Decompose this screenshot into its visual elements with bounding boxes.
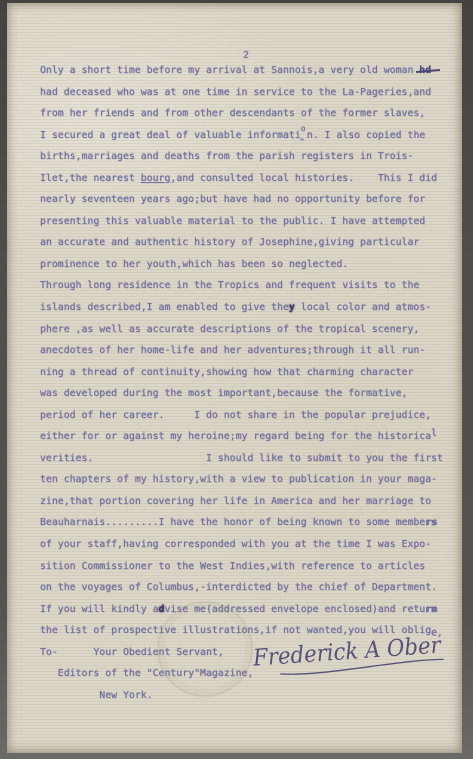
text-line: I secured a great deal of valuable infor… <box>40 125 458 147</box>
text-line: prominence to her youth,which has been s… <box>40 254 458 276</box>
text-segment: sition Commissioner to the West Indies,w… <box>40 561 425 572</box>
text-segment: zine,that portion covering her life in A… <box>40 496 431 507</box>
text-line: If you will kindly advise me(addressed e… <box>40 599 458 621</box>
text-line: either for or against my heroine;my rega… <box>40 426 458 448</box>
text-line: New York. <box>40 685 458 707</box>
text-segment: births,marriages and deaths from the par… <box>40 151 413 162</box>
text-segment: either for or against my heroine;my rega… <box>40 431 431 442</box>
text-line: ning a thread of continuity,showing how … <box>40 362 458 384</box>
text-segment: islands described,I am enabled to give t… <box>40 302 289 313</box>
text-segment: period of her career. I do not share in … <box>40 410 431 421</box>
text-segment: Ilet,the nearest <box>40 173 141 184</box>
text-line: nearly seventeen years ago;but have had … <box>40 189 458 211</box>
document-page: 2 Only a short time before my arrival at… <box>7 3 462 753</box>
text-line: phere ,as well as accurate descriptions … <box>40 319 458 341</box>
text-segment: vise me(addressed envelope enclosed)and … <box>164 604 425 615</box>
text-line: from her friends and from other descenda… <box>40 103 458 125</box>
text-segment: If you will kindly a <box>40 604 159 615</box>
text-segment: hd <box>419 60 431 82</box>
text-line: Only a short time before my arrival at S… <box>40 60 458 82</box>
text-segment: of your staff,having corresponded with y… <box>40 539 431 550</box>
text-segment: n. I also copied the <box>307 130 426 141</box>
text-segment: anecdotes of her home-life and her adven… <box>40 345 425 356</box>
text-segment: Beauharnais.........I have the honor of … <box>40 517 425 528</box>
text-segment: Only a short time before my arrival at S… <box>40 65 419 76</box>
text-segment: I secured a great deal of valuable infor… <box>40 130 301 141</box>
text-segment: rn <box>425 604 437 615</box>
signature-text: Frederick A Ober <box>251 632 443 671</box>
text-segment: phere ,as well as accurate descriptions … <box>40 324 419 335</box>
text-line: presenting this valuable material to the… <box>40 211 458 233</box>
text-segment: ^ <box>300 131 301 153</box>
text-line: Beauharnais.........I have the honor of … <box>40 512 458 534</box>
text-line: was developed during the most important,… <box>40 383 458 405</box>
text-line: on the voyages of Columbus,-interdicted … <box>40 577 458 599</box>
text-line: islands described,I am enabled to give t… <box>40 297 458 319</box>
text-line: zine,that portion covering her life in A… <box>40 491 458 513</box>
text-line: Ilet,the nearest bourg,and consulted loc… <box>40 168 458 190</box>
text-segment: New York. <box>40 690 153 701</box>
scan-background: 2 Only a short time before my arrival at… <box>0 0 473 759</box>
text-segment: from her friends and from other descenda… <box>40 108 425 119</box>
text-segment: on the voyages of Columbus,-interdicted … <box>40 582 437 593</box>
text-segment: ning a thread of continuity,showing how … <box>40 367 413 378</box>
text-line: of your staff,having corresponded with y… <box>40 534 458 556</box>
text-segment: nearly seventeen years ago;but have had … <box>40 194 425 205</box>
text-line: Through long residence in the Tropics an… <box>40 275 458 297</box>
signature: Frederick A Ober <box>249 623 451 681</box>
text-line: births,marriages and deaths from the par… <box>40 146 458 168</box>
text-segment: Through long residence in the Tropics an… <box>40 280 419 291</box>
text-segment: bourg <box>141 173 171 184</box>
text-segment: an accurate and authentic history of Jos… <box>40 237 419 248</box>
text-line: an accurate and authentic history of Jos… <box>40 232 458 254</box>
text-line: ten chapters of my history,with a view t… <box>40 469 458 491</box>
text-line: anecdotes of her home-life and her adven… <box>40 340 458 362</box>
text-line: period of her career. I do not share in … <box>40 405 458 427</box>
text-line: verities. I should like to submit to you… <box>40 448 458 470</box>
text-segment: was developed during the most important,… <box>40 388 407 399</box>
text-segment: local color and atmos- <box>295 302 431 313</box>
text-line: had deceased who was at one time in serv… <box>40 82 458 104</box>
text-segment: To- Your Obedient Servant, <box>40 647 224 658</box>
text-segment: ten chapters of my history,with a view t… <box>40 474 437 485</box>
text-segment: rs <box>425 517 437 528</box>
text-line: sition Commissioner to the West Indies,w… <box>40 556 458 578</box>
text-segment: l <box>431 423 437 445</box>
letter-body: Only a short time before my arrival at S… <box>40 60 458 706</box>
text-segment: presenting this valuable material to the… <box>40 216 425 227</box>
text-segment: had deceased who was at one time in serv… <box>40 87 431 98</box>
text-segment: Editors of the "Century"Magazine, <box>40 668 253 679</box>
text-segment: verities. I should like to submit to you… <box>40 453 443 464</box>
text-segment: prominence to her youth,which has been s… <box>40 259 348 270</box>
text-segment: ,and consulted local histories. This I d… <box>170 173 437 184</box>
